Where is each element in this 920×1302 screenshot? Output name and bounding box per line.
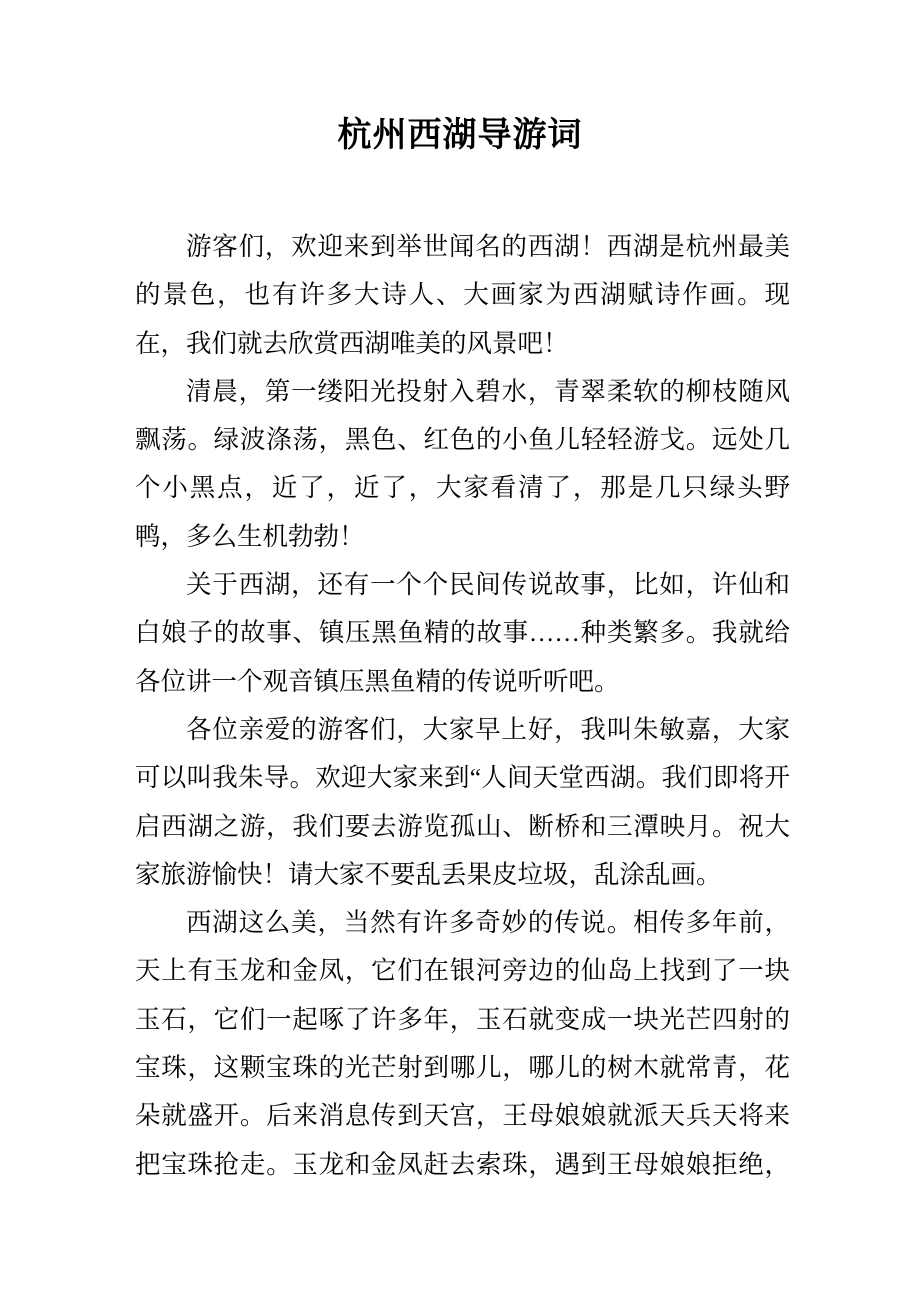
- body-paragraph-5: 西湖这么美，当然有许多奇妙的传说。相传多年前，天上有玉龙和金凤，它们在银河旁边的…: [135, 899, 790, 1189]
- body-paragraph-2: 清晨，第一缕阳光投射入碧水，青翠柔软的柳枝随风飘荡。绿波涤荡，黑色、红色的小鱼儿…: [135, 368, 790, 561]
- document-title: 杭州西湖导游词: [0, 113, 920, 157]
- body-paragraph-3: 关于西湖，还有一个个民间传说故事，比如，许仙和白娘子的故事、镇压黑鱼精的故事………: [135, 561, 790, 706]
- document-page: 杭州西湖导游词 游客们，欢迎来到举世闻名的西湖！西湖是杭州最美的景色，也有许多大…: [0, 0, 920, 1302]
- document-body: 游客们，欢迎来到举世闻名的西湖！西湖是杭州最美的景色，也有许多大诗人、大画家为西…: [135, 223, 790, 1189]
- body-paragraph-1: 游客们，欢迎来到举世闻名的西湖！西湖是杭州最美的景色，也有许多大诗人、大画家为西…: [135, 223, 790, 368]
- body-paragraph-4: 各位亲爱的游客们，大家早上好，我叫朱敏嘉，大家可以叫我朱导。欢迎大家来到“人间天…: [135, 706, 790, 899]
